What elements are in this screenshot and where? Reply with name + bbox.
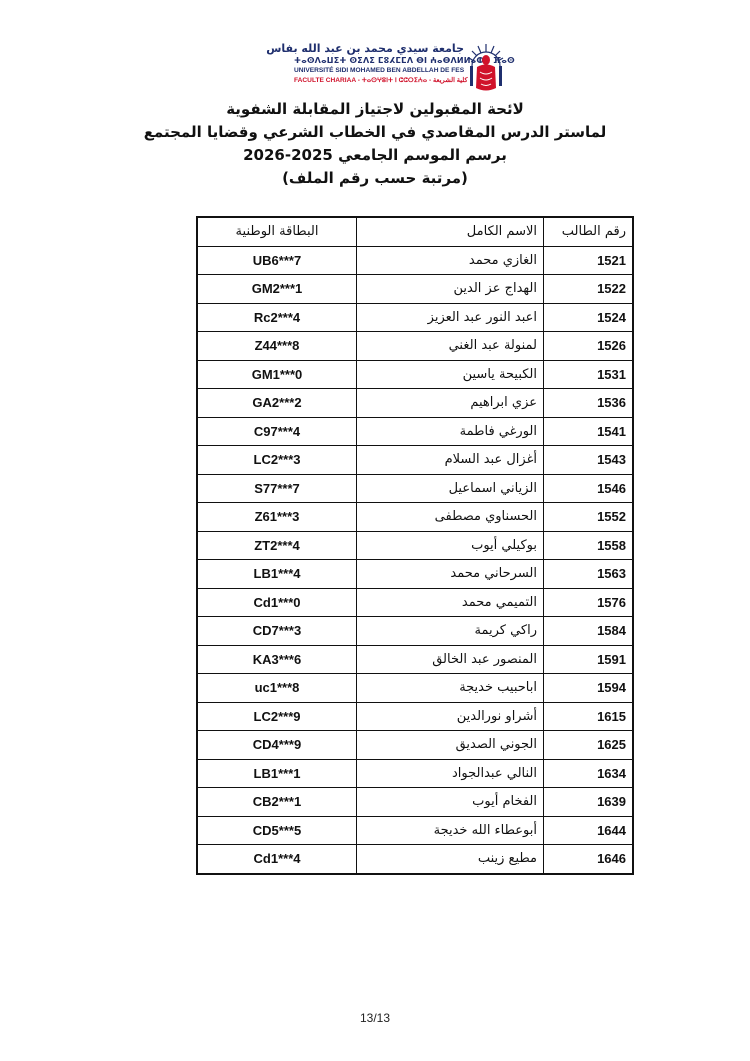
national-id-cell: uc1***8: [197, 674, 357, 703]
table-row: 1615أشراو نورالدينLC2***9: [197, 702, 633, 731]
student-number-cell: 1536: [544, 389, 634, 418]
table-row: 1646مطيع زينبCd1***4: [197, 845, 633, 874]
table-row: 1543أغزال عبد السلامLC2***3: [197, 446, 633, 475]
full-name-cell: الكبيحة ياسين: [357, 360, 544, 389]
national-id-cell: UB6***7: [197, 246, 357, 275]
title-line-1: لائحة المقبولين لاجتياز المقابلة الشفوية: [0, 98, 750, 121]
national-id-cell: Rc2***4: [197, 303, 357, 332]
national-id-cell: S77***7: [197, 474, 357, 503]
admitted-students-table: رقم الطالب الاسم الكامل البطاقة الوطنية …: [196, 216, 634, 875]
full-name-cell: اباحبيب خديجة: [357, 674, 544, 703]
student-number-cell: 1584: [544, 617, 634, 646]
student-number-cell: 1524: [544, 303, 634, 332]
table-row: 1546الزياني اسماعيلS77***7: [197, 474, 633, 503]
table-row: 1625الجوني الصديقCD4***9: [197, 731, 633, 760]
page-number: 13/13: [0, 1011, 750, 1025]
table-row: 1536عزي ابراهيمGA2***2: [197, 389, 633, 418]
full-name-cell: أشراو نورالدين: [357, 702, 544, 731]
table-row: 1576التميمي محمدCd1***0: [197, 588, 633, 617]
full-name-cell: المنصور عبد الخالق: [357, 645, 544, 674]
full-name-cell: الجوني الصديق: [357, 731, 544, 760]
document-title-block: لائحة المقبولين لاجتياز المقابلة الشفوية…: [0, 98, 750, 190]
national-id-cell: Z44***8: [197, 332, 357, 361]
student-number-cell: 1563: [544, 560, 634, 589]
student-number-cell: 1521: [544, 246, 634, 275]
student-number-cell: 1594: [544, 674, 634, 703]
full-name-cell: الفخام أيوب: [357, 788, 544, 817]
table-row: 1524اعبد النور عبد العزيزRc2***4: [197, 303, 633, 332]
table-row: 1584راكي كريمةCD7***3: [197, 617, 633, 646]
national-id-cell: CB2***1: [197, 788, 357, 817]
university-emblem-icon: [466, 40, 506, 94]
national-id-cell: GA2***2: [197, 389, 357, 418]
table-row: 1591المنصور عبد الخالقKA3***6: [197, 645, 633, 674]
student-number-cell: 1526: [544, 332, 634, 361]
student-number-cell: 1646: [544, 845, 634, 874]
full-name-cell: النالي عبدالجواد: [357, 759, 544, 788]
student-number-cell: 1552: [544, 503, 634, 532]
table-row: 1563السرحاني محمدLB1***4: [197, 560, 633, 589]
student-number-cell: 1522: [544, 275, 634, 304]
full-name-cell: مطيع زينب: [357, 845, 544, 874]
table-row: 1558بوكيلي أيوبZT2***4: [197, 531, 633, 560]
full-name-cell: اعبد النور عبد العزيز: [357, 303, 544, 332]
table-row: 1594اباحبيب خديجةuc1***8: [197, 674, 633, 703]
national-id-cell: LB1***1: [197, 759, 357, 788]
student-number-cell: 1634: [544, 759, 634, 788]
logo-french-name: UNIVERSITÉ SIDI MOHAMED BEN ABDELLAH DE …: [294, 66, 464, 76]
table-row: 1541الورغي فاطمةC97***4: [197, 417, 633, 446]
student-number-cell: 1591: [544, 645, 634, 674]
national-id-cell: ZT2***4: [197, 531, 357, 560]
national-id-cell: KA3***6: [197, 645, 357, 674]
table-row: 1552الحسناوي مصطفىZ61***3: [197, 503, 633, 532]
column-header-student-number: رقم الطالب: [544, 217, 634, 246]
full-name-cell: لمنولة عبد الغني: [357, 332, 544, 361]
national-id-cell: CD5***5: [197, 816, 357, 845]
table-row: 1644أبوعطاء الله خديجةCD5***5: [197, 816, 633, 845]
national-id-cell: CD4***9: [197, 731, 357, 760]
student-number-cell: 1576: [544, 588, 634, 617]
full-name-cell: الزياني اسماعيل: [357, 474, 544, 503]
student-number-cell: 1546: [544, 474, 634, 503]
university-logo: جامعة سيدي محمد بن عبد الله بفاس ⵜⴰⵙⴷⴰⵡⵉ…: [298, 40, 508, 94]
student-number-cell: 1644: [544, 816, 634, 845]
logo-faculty-name: FACULTE CHARIAA - ⵜⴰⵙⵖⵓⵏⵜ ⵏ ⵛⵛⵔⵉⵄⴰ - كلي…: [294, 76, 464, 86]
title-line-4: (مرتبة حسب رقم الملف): [0, 167, 750, 190]
national-id-cell: LC2***3: [197, 446, 357, 475]
full-name-cell: السرحاني محمد: [357, 560, 544, 589]
full-name-cell: الورغي فاطمة: [357, 417, 544, 446]
title-line-3: برسم الموسم الجامعي 2025-2026: [0, 144, 750, 167]
national-id-cell: LC2***9: [197, 702, 357, 731]
table-header-row: رقم الطالب الاسم الكامل البطاقة الوطنية: [197, 217, 633, 246]
logo-text-block: جامعة سيدي محمد بن عبد الله بفاس ⵜⴰⵙⴷⴰⵡⵉ…: [294, 42, 464, 86]
full-name-cell: الحسناوي مصطفى: [357, 503, 544, 532]
national-id-cell: Z61***3: [197, 503, 357, 532]
national-id-cell: LB1***4: [197, 560, 357, 589]
full-name-cell: التميمي محمد: [357, 588, 544, 617]
national-id-cell: CD7***3: [197, 617, 357, 646]
logo-arabic-name: جامعة سيدي محمد بن عبد الله بفاس: [294, 42, 464, 55]
table-row: 1531الكبيحة ياسينGM1***0: [197, 360, 633, 389]
national-id-cell: Cd1***0: [197, 588, 357, 617]
table-row: 1634النالي عبدالجوادLB1***1: [197, 759, 633, 788]
student-number-cell: 1541: [544, 417, 634, 446]
full-name-cell: أبوعطاء الله خديجة: [357, 816, 544, 845]
student-number-cell: 1639: [544, 788, 634, 817]
column-header-national-id: البطاقة الوطنية: [197, 217, 357, 246]
table-row: 1639الفخام أيوبCB2***1: [197, 788, 633, 817]
full-name-cell: الغازي محمد: [357, 246, 544, 275]
student-number-cell: 1558: [544, 531, 634, 560]
full-name-cell: الهداج عز الدين: [357, 275, 544, 304]
national-id-cell: Cd1***4: [197, 845, 357, 874]
table-row: 1521الغازي محمدUB6***7: [197, 246, 633, 275]
table-row: 1526لمنولة عبد الغنيZ44***8: [197, 332, 633, 361]
full-name-cell: عزي ابراهيم: [357, 389, 544, 418]
national-id-cell: GM2***1: [197, 275, 357, 304]
logo-tifinagh-name: ⵜⴰⵙⴷⴰⵡⵉⵜ ⵙⵉⴷⵉ ⵎⵓⵃⵎⵎⴷ ⴱⵏ ⵄⴰⴱⴷⵍⵍⴰⵀ ⵏ ⴼⴰⵙ: [294, 55, 464, 66]
national-id-cell: C97***4: [197, 417, 357, 446]
full-name-cell: بوكيلي أيوب: [357, 531, 544, 560]
title-line-2: لماستر الدرس المقاصدي في الخطاب الشرعي و…: [0, 121, 750, 144]
student-number-cell: 1615: [544, 702, 634, 731]
full-name-cell: أغزال عبد السلام: [357, 446, 544, 475]
student-number-cell: 1531: [544, 360, 634, 389]
full-name-cell: راكي كريمة: [357, 617, 544, 646]
national-id-cell: GM1***0: [197, 360, 357, 389]
student-number-cell: 1625: [544, 731, 634, 760]
table-row: 1522الهداج عز الدينGM2***1: [197, 275, 633, 304]
column-header-full-name: الاسم الكامل: [357, 217, 544, 246]
student-number-cell: 1543: [544, 446, 634, 475]
